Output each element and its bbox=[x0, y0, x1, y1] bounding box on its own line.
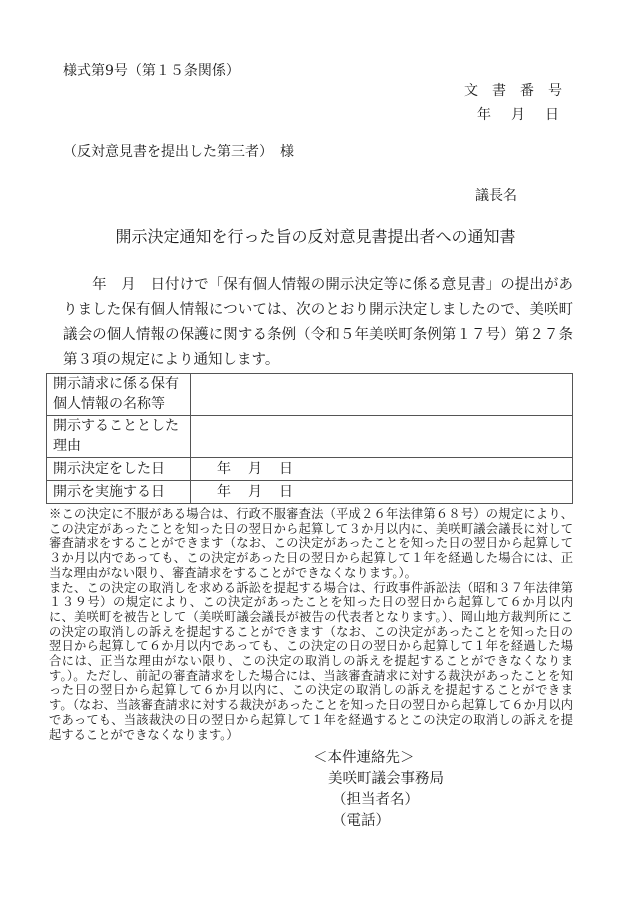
disclosure-table: 開示請求に係る保有個人情報の名称等開示することとした理由開示決定をした日年 月 … bbox=[46, 373, 573, 504]
disclosure-table-body: 開示請求に係る保有個人情報の名称等開示することとした理由開示決定をした日年 月 … bbox=[47, 374, 573, 504]
document-number-line: 文 書 番 号 bbox=[46, 83, 573, 100]
contact-heading: ＜本件連絡先＞ bbox=[313, 748, 573, 769]
contact-person: （担当者名） bbox=[332, 790, 573, 811]
addressee-line: （反対意見書を提出した第三者） 様 bbox=[63, 144, 573, 161]
row-label: 開示を実施する日 bbox=[47, 481, 191, 504]
note-paragraph: また、この決定の取消しを求める訴訟を提起する場合は、行政事件訴訟法（昭和３７年法… bbox=[49, 581, 573, 743]
body-paragraph: 年 月 日付けで「保有個人情報の開示決定等に係る意見書」の提出がありました保有個… bbox=[63, 273, 573, 373]
table-row: 開示決定をした日年 月 日 bbox=[47, 458, 573, 481]
note-paragraph: ※この決定に不服がある場合は、行政不服審査法（平成２６年法律第６８号）の規定によ… bbox=[49, 507, 573, 581]
row-value bbox=[191, 416, 573, 458]
contact-block: ＜本件連絡先＞ 美咲町議会事務局 （担当者名） （電話） bbox=[46, 748, 573, 832]
contact-phone: （電話） bbox=[332, 811, 573, 832]
row-label: 開示することとした理由 bbox=[47, 416, 191, 458]
table-row: 開示請求に係る保有個人情報の名称等 bbox=[47, 374, 573, 416]
contact-office: 美咲町議会事務局 bbox=[328, 769, 573, 790]
form-number: 様式第9号（第１５条関係） bbox=[63, 63, 573, 80]
appeal-notes: ※この決定に不服がある場合は、行政不服審査法（平成２６年法律第６８号）の規定によ… bbox=[46, 507, 573, 742]
row-value: 年 月 日 bbox=[191, 458, 573, 481]
table-row: 開示することとした理由 bbox=[47, 416, 573, 458]
date-line: 年 月 日 bbox=[46, 107, 573, 124]
sender-name: 議長名 bbox=[475, 188, 573, 205]
document-page: 様式第9号（第１５条関係） 文 書 番 号 年 月 日 （反対意見書を提出した第… bbox=[0, 0, 630, 903]
table-row: 開示を実施する日年 月 日 bbox=[47, 481, 573, 504]
row-label: 開示決定をした日 bbox=[47, 458, 191, 481]
document-content: 様式第9号（第１５条関係） 文 書 番 号 年 月 日 （反対意見書を提出した第… bbox=[46, 63, 573, 832]
row-label: 開示請求に係る保有個人情報の名称等 bbox=[47, 374, 191, 416]
row-value: 年 月 日 bbox=[191, 481, 573, 504]
row-value bbox=[191, 374, 573, 416]
document-title: 開示決定通知を行った旨の反対意見書提出者への通知書 bbox=[46, 227, 573, 247]
